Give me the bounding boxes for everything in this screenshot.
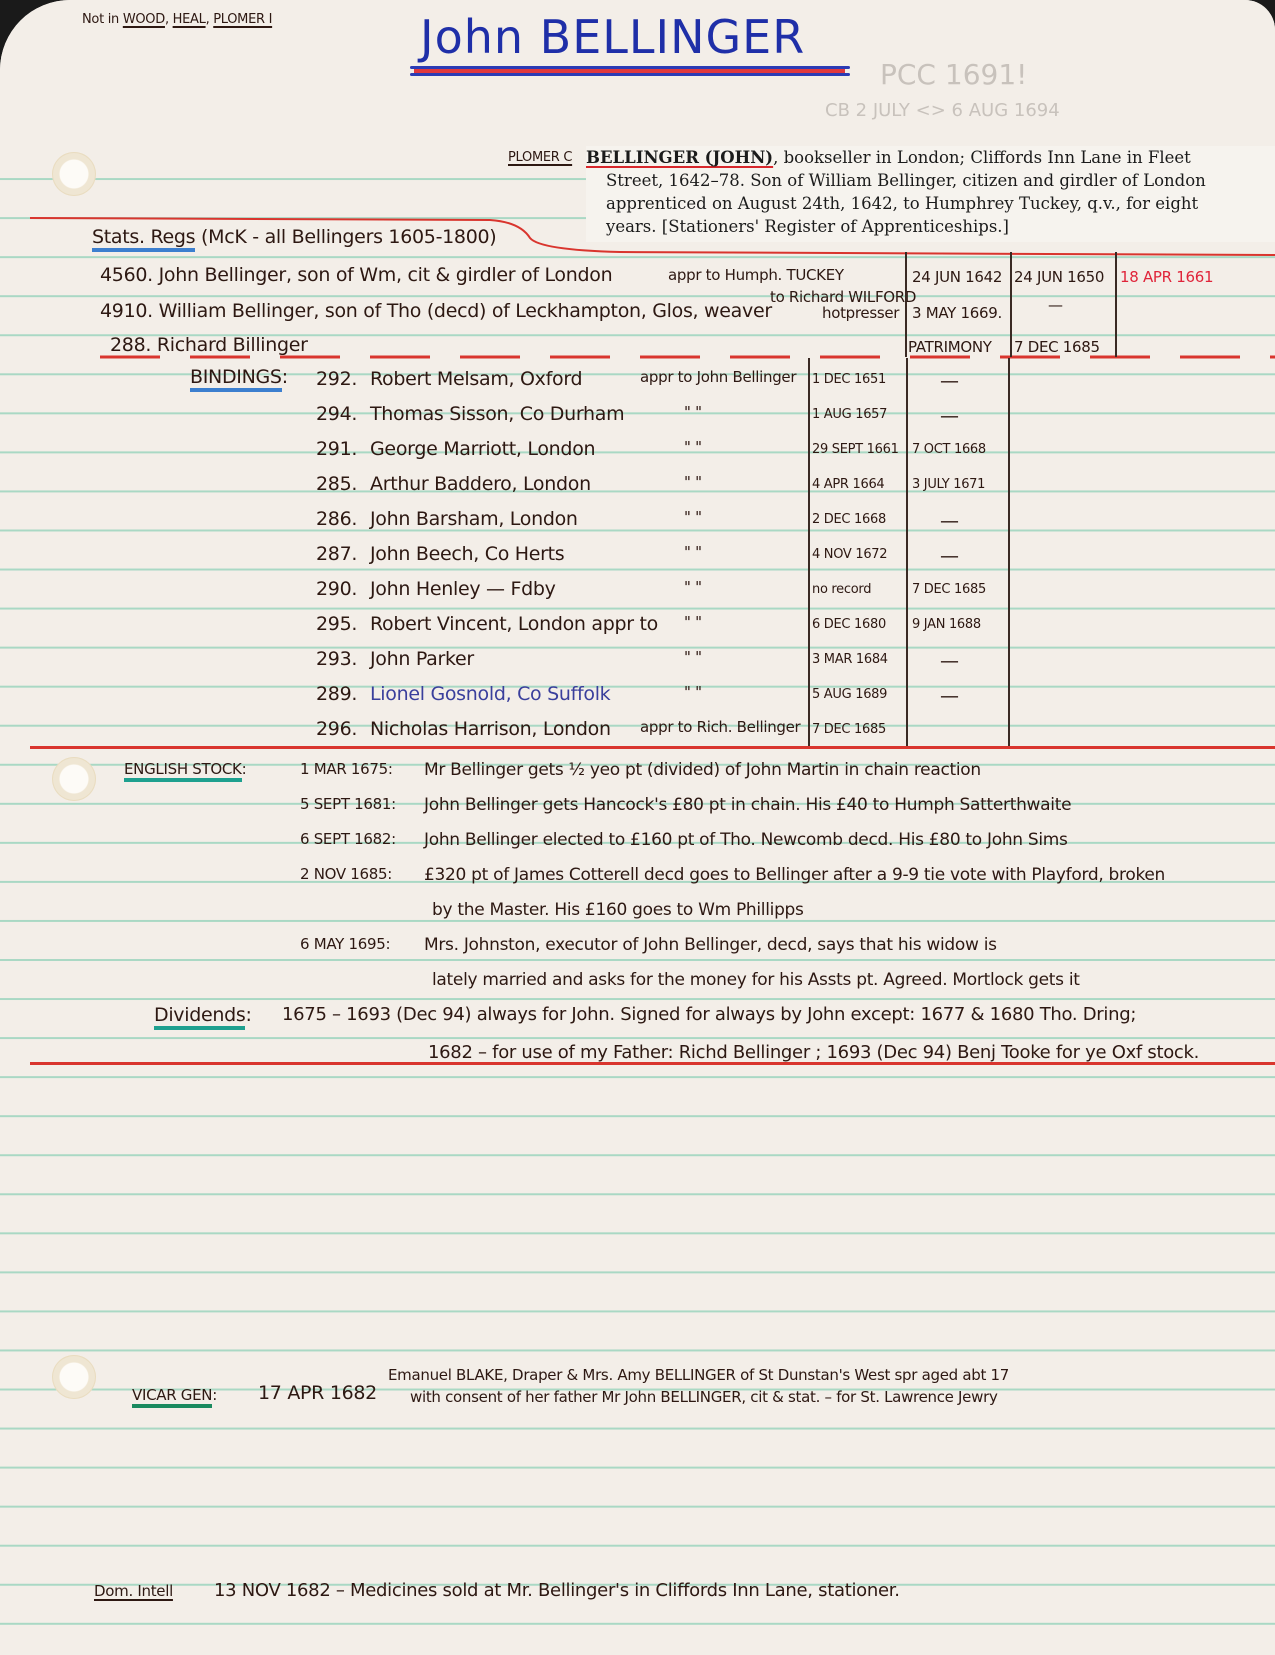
binding-name: John Beech, Co Herts xyxy=(370,543,564,565)
stats-regs-heading: Stats. Regs (McK - all Bellingers 1605-1… xyxy=(92,226,496,248)
stock-entry-date: 1 MAR 1675: xyxy=(300,760,393,778)
stats-entry-4560-col1: 24 JUN 1642 xyxy=(912,268,1002,286)
binding-date-bound: 3 MAR 1684 xyxy=(812,652,888,667)
section-rule-dividends xyxy=(30,1062,1275,1065)
binding-name: George Marriott, London xyxy=(370,438,595,460)
binding-date-bound: 29 SEPT 1661 xyxy=(812,442,899,457)
stats-entry-4910: 4910. William Bellinger, son of Tho (dec… xyxy=(100,300,772,322)
binding-date-freed: — xyxy=(940,510,959,532)
vicar-gen-heading: VICAR GEN: xyxy=(132,1386,217,1404)
binding-date-freed: — xyxy=(940,405,959,427)
binding-date-bound: 4 APR 1664 xyxy=(812,477,884,492)
vicar-gen-label: VICAR GEN xyxy=(132,1386,212,1408)
dom-intell-label: Dom. Intell xyxy=(94,1582,173,1600)
binding-date-bound: 1 DEC 1651 xyxy=(812,372,886,387)
binding-date-bound: 7 DEC 1685 xyxy=(812,722,886,737)
dividends-label: Dividends xyxy=(154,1004,245,1030)
binding-date-bound: 1 AUG 1657 xyxy=(812,407,887,422)
binding-name: Robert Vincent, London appr to xyxy=(370,613,658,635)
binding-number: 296. xyxy=(316,718,357,740)
binding-date-freed: — xyxy=(940,545,959,567)
binding-appr: " " xyxy=(684,438,702,456)
vicar-gen-date: 17 APR 1682 xyxy=(258,1382,377,1404)
binding-number: 291. xyxy=(316,438,357,460)
binding-name: John Parker xyxy=(370,648,474,670)
binding-appr: " " xyxy=(684,683,702,701)
dom-intell-text: 13 NOV 1682 – Medicines sold at Mr. Bell… xyxy=(214,1580,900,1601)
dividends-line-1: 1675 – 1693 (Dec 94) always for John. Si… xyxy=(282,1004,1136,1025)
binding-number: 293. xyxy=(316,648,357,670)
stock-entry-date: 6 MAY 1695: xyxy=(300,935,390,953)
stats-entry-4560-col3: 18 APR 1661 xyxy=(1120,268,1213,286)
binding-name: John Henley — Fdby xyxy=(370,578,556,600)
dividends-heading: Dividends: xyxy=(154,1004,252,1026)
binding-number: 285. xyxy=(316,473,357,495)
stats-entry-288: 288. Richard Billinger xyxy=(110,334,308,356)
vicar-gen-line-2: with consent of her father Mr John BELLI… xyxy=(410,1388,998,1406)
binding-date-bound: 4 NOV 1672 xyxy=(812,547,887,562)
binding-name: Lionel Gosnold, Co Suffolk xyxy=(370,683,610,705)
binding-appr: " " xyxy=(684,508,702,526)
stats-entry-4910-col1: 3 MAY 1669. xyxy=(912,304,1002,322)
punch-hole-icon xyxy=(52,1355,96,1399)
binding-date-freed: — xyxy=(940,370,959,392)
dom-intell-heading: Dom. Intell xyxy=(94,1582,173,1600)
binding-number: 286. xyxy=(316,508,357,530)
binding-number: 290. xyxy=(316,578,357,600)
stock-entry-text: Mrs. Johnston, executor of John Bellinge… xyxy=(424,935,997,955)
bindings-heading: BINDINGS: xyxy=(190,366,288,388)
binding-date-freed: 7 DEC 1685 xyxy=(912,582,986,597)
stock-entry-date: 5 SEPT 1681: xyxy=(300,795,396,813)
punch-hole-icon xyxy=(52,757,96,801)
binding-date-bound: no record xyxy=(812,582,871,597)
english-stock-heading: ENGLISH STOCK: xyxy=(124,760,246,778)
stock-entry-date: 6 SEPT 1682: xyxy=(300,830,396,848)
binding-number: 295. xyxy=(316,613,357,635)
stats-entry-4910-appr2: hotpresser xyxy=(822,304,899,322)
binding-date-freed: — xyxy=(940,650,959,672)
binding-appr: appr to Rich. Bellinger xyxy=(640,718,800,736)
binding-date-bound: 5 AUG 1689 xyxy=(812,687,887,702)
pencil-note-pcc: PCC 1691! xyxy=(880,58,1027,91)
binding-date-freed: 9 JAN 1688 xyxy=(912,617,981,632)
dividends-line-2: 1682 – for use of my Father: Richd Belli… xyxy=(428,1042,1199,1063)
stats-regs-label: Stats. Regs xyxy=(92,226,195,252)
binding-number: 292. xyxy=(316,368,357,390)
binding-appr: " " xyxy=(684,403,702,421)
stock-entry-date: 2 NOV 1685: xyxy=(300,865,392,883)
binding-date-bound: 2 DEC 1668 xyxy=(812,512,886,527)
english-stock-label: ENGLISH STOCK xyxy=(124,760,242,782)
vicar-gen-line-1: Emanuel BLAKE, Draper & Mrs. Amy BELLING… xyxy=(388,1366,1009,1384)
section-rule-dashed xyxy=(100,354,1275,362)
stats-entry-4560-appr: appr to Humph. TUCKEY xyxy=(668,266,844,284)
binding-appr: appr to John Bellinger xyxy=(640,368,796,386)
bindings-label: BINDINGS xyxy=(190,366,282,392)
binding-date-bound: 6 DEC 1680 xyxy=(812,617,886,632)
stock-entry-text: Mr Bellinger gets ½ yeo pt (divided) of … xyxy=(424,760,981,780)
binding-appr: " " xyxy=(684,473,702,491)
binding-number: 294. xyxy=(316,403,357,425)
section-rule-english-stock xyxy=(30,746,1275,749)
stock-entry-text: £320 pt of James Cotterell decd goes to … xyxy=(424,865,1165,885)
binding-appr: " " xyxy=(684,543,702,561)
binding-date-freed: 3 JULY 1671 xyxy=(912,477,985,492)
binding-name: Thomas Sisson, Co Durham xyxy=(370,403,624,425)
stock-entry-text: John Bellinger gets Hancock's £80 pt in … xyxy=(424,795,1071,815)
binding-appr: " " xyxy=(684,648,702,666)
not-in-note: Not in WOOD, HEAL, PLOMER I xyxy=(82,12,272,27)
pencil-note-cb: CB 2 JULY <> 6 AUG 1694 xyxy=(825,100,1060,121)
binding-name: Arthur Baddero, London xyxy=(370,473,591,495)
binding-number: 287. xyxy=(316,543,357,565)
punch-hole-icon xyxy=(52,152,96,196)
stats-entry-4560-col2: 24 JUN 1650 xyxy=(1014,268,1104,286)
binding-number: 289. xyxy=(316,683,357,705)
binding-name: Nicholas Harrison, London xyxy=(370,718,611,740)
stock-entry-text: John Bellinger elected to £160 pt of Tho… xyxy=(424,830,1068,850)
title-underline xyxy=(410,66,850,76)
binding-date-freed: — xyxy=(940,685,959,707)
binding-name: John Barsham, London xyxy=(370,508,578,530)
notebook-page: Not in WOOD, HEAL, PLOMER I John BELLING… xyxy=(0,0,1275,1655)
binding-name: Robert Melsam, Oxford xyxy=(370,368,582,390)
plomer-headword: BELLINGER (JOHN) xyxy=(586,148,773,167)
binding-appr: " " xyxy=(684,613,702,631)
plomer-label: PLOMER C xyxy=(508,150,572,165)
binding-appr: " " xyxy=(684,578,702,596)
stats-entry-4560: 4560. John Bellinger, son of Wm, cit & g… xyxy=(100,264,612,286)
binding-date-freed: 7 OCT 1668 xyxy=(912,442,986,457)
page-title: John BELLINGER xyxy=(420,10,805,64)
stats-entry-4910-col2: — xyxy=(1048,296,1063,314)
stock-entry-continuation: by the Master. His £160 goes to Wm Phill… xyxy=(432,900,804,920)
stock-entry-continuation: lately married and asks for the money fo… xyxy=(432,970,1080,990)
